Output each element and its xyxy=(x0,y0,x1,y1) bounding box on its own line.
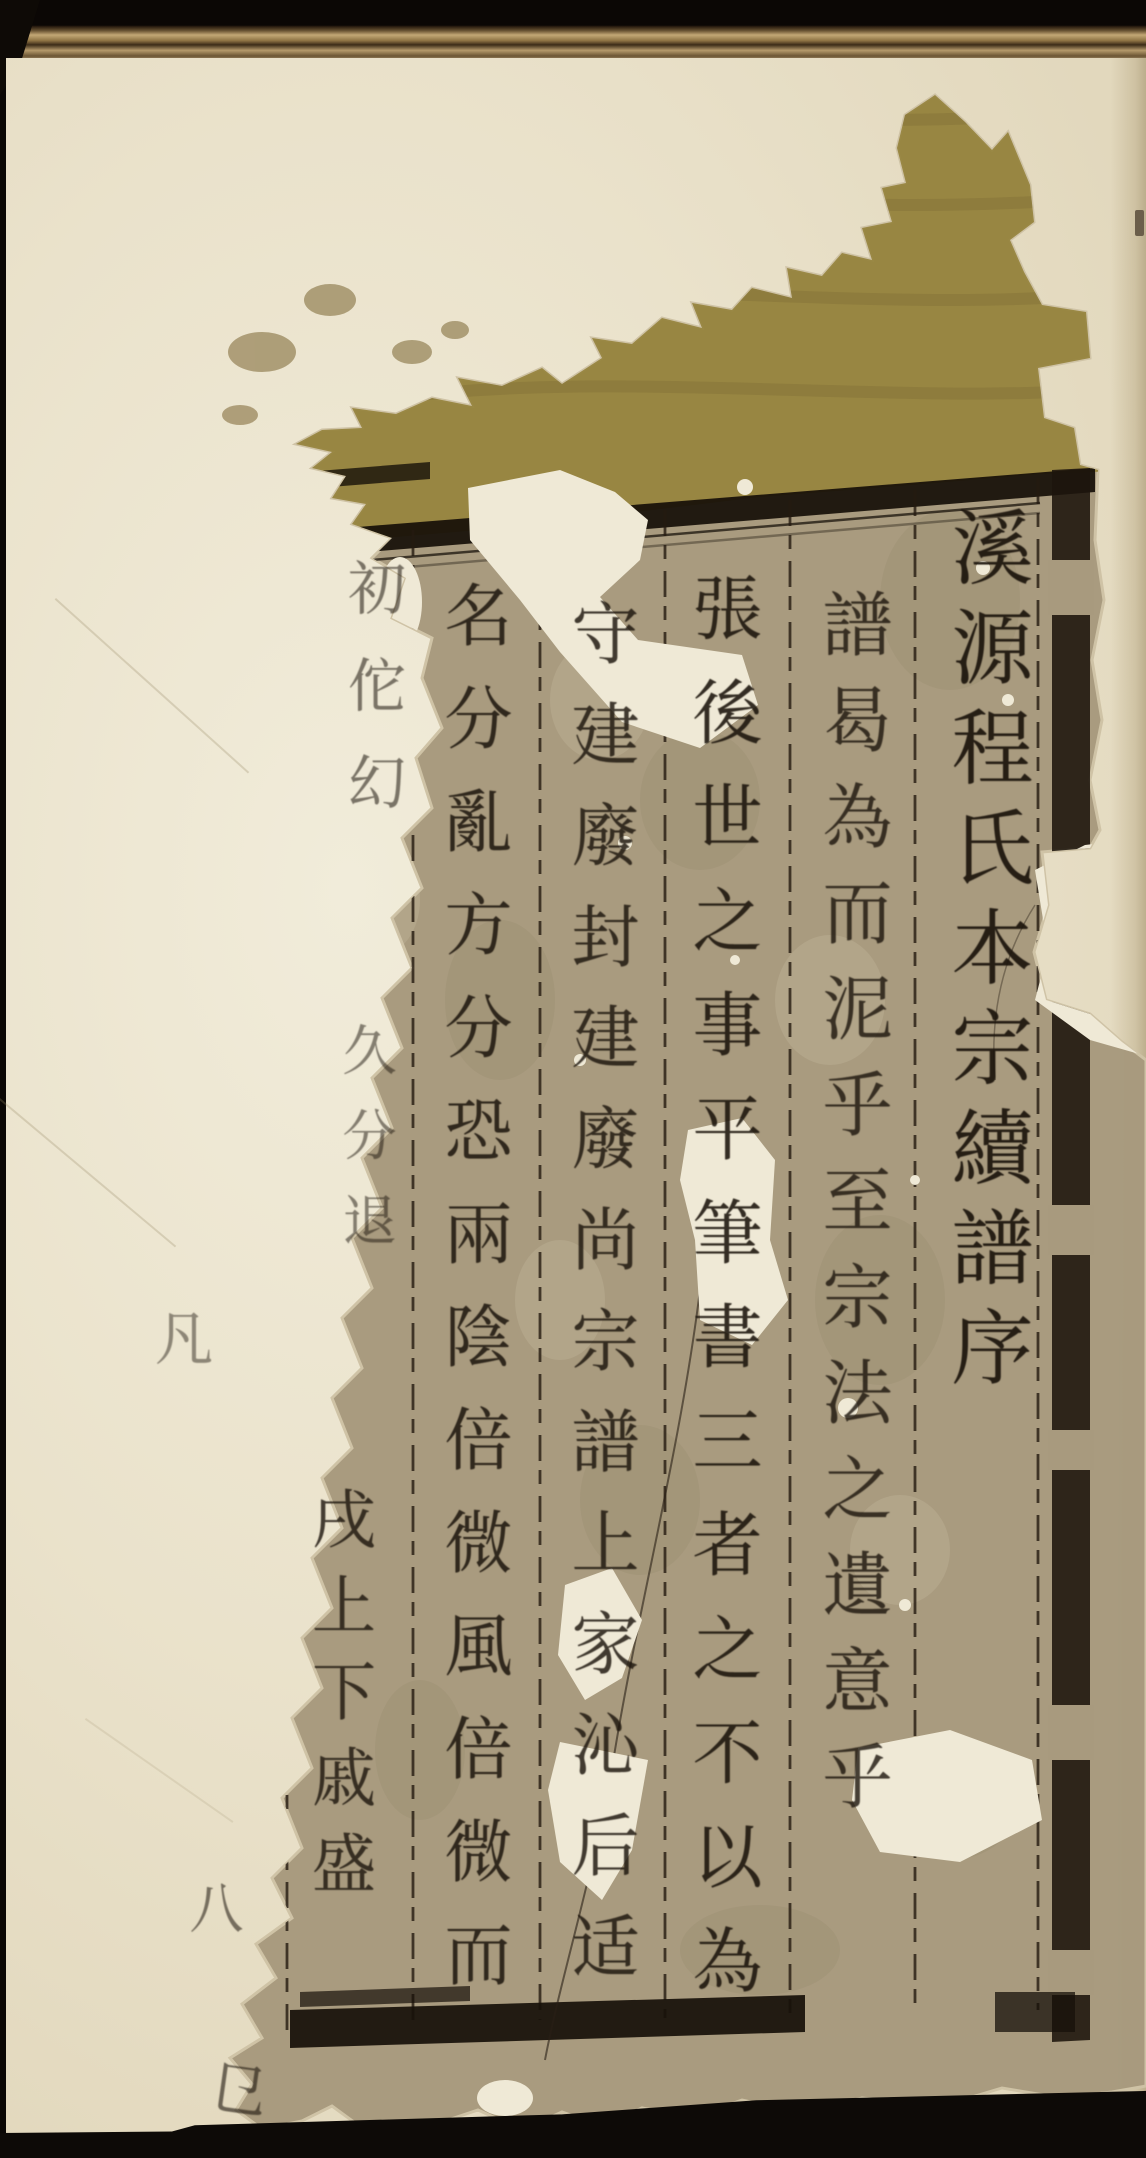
text-column-3: 張後世之事平筆書三者之不以為 xyxy=(687,572,757,2028)
frame-bottom-border-chunk xyxy=(995,1992,1075,2032)
text-column-7-faint: 凡 xyxy=(150,1308,208,1366)
text-column-6-top: 初佗幻 xyxy=(343,558,401,849)
scan-photo: 溪源程氏本宗續譜序 譜曷為而泥乎至宗法之遺意乎 張後世之事平筆書三者之不以為 守… xyxy=(0,0,1146,2158)
text-column-4: 守建廢封建廢尚宗譜上家沁后适 xyxy=(565,598,633,2012)
text-column-7-lower: 八 xyxy=(185,1880,239,1934)
text-column-2: 譜曷為而泥乎至宗法之遺意乎 xyxy=(817,588,887,1836)
text-column-title: 溪源程氏本宗續譜序 xyxy=(944,505,1026,1405)
text-column-7-stray: 㔾 xyxy=(201,2054,267,2120)
text-column-6-bottom: 戌上下戚盛 xyxy=(306,1486,370,1916)
text-column-6-middle: 久分退 xyxy=(338,1022,392,1277)
text-column-5: 名分亂方分恐兩陰倍微風倍微而 xyxy=(438,580,506,2022)
